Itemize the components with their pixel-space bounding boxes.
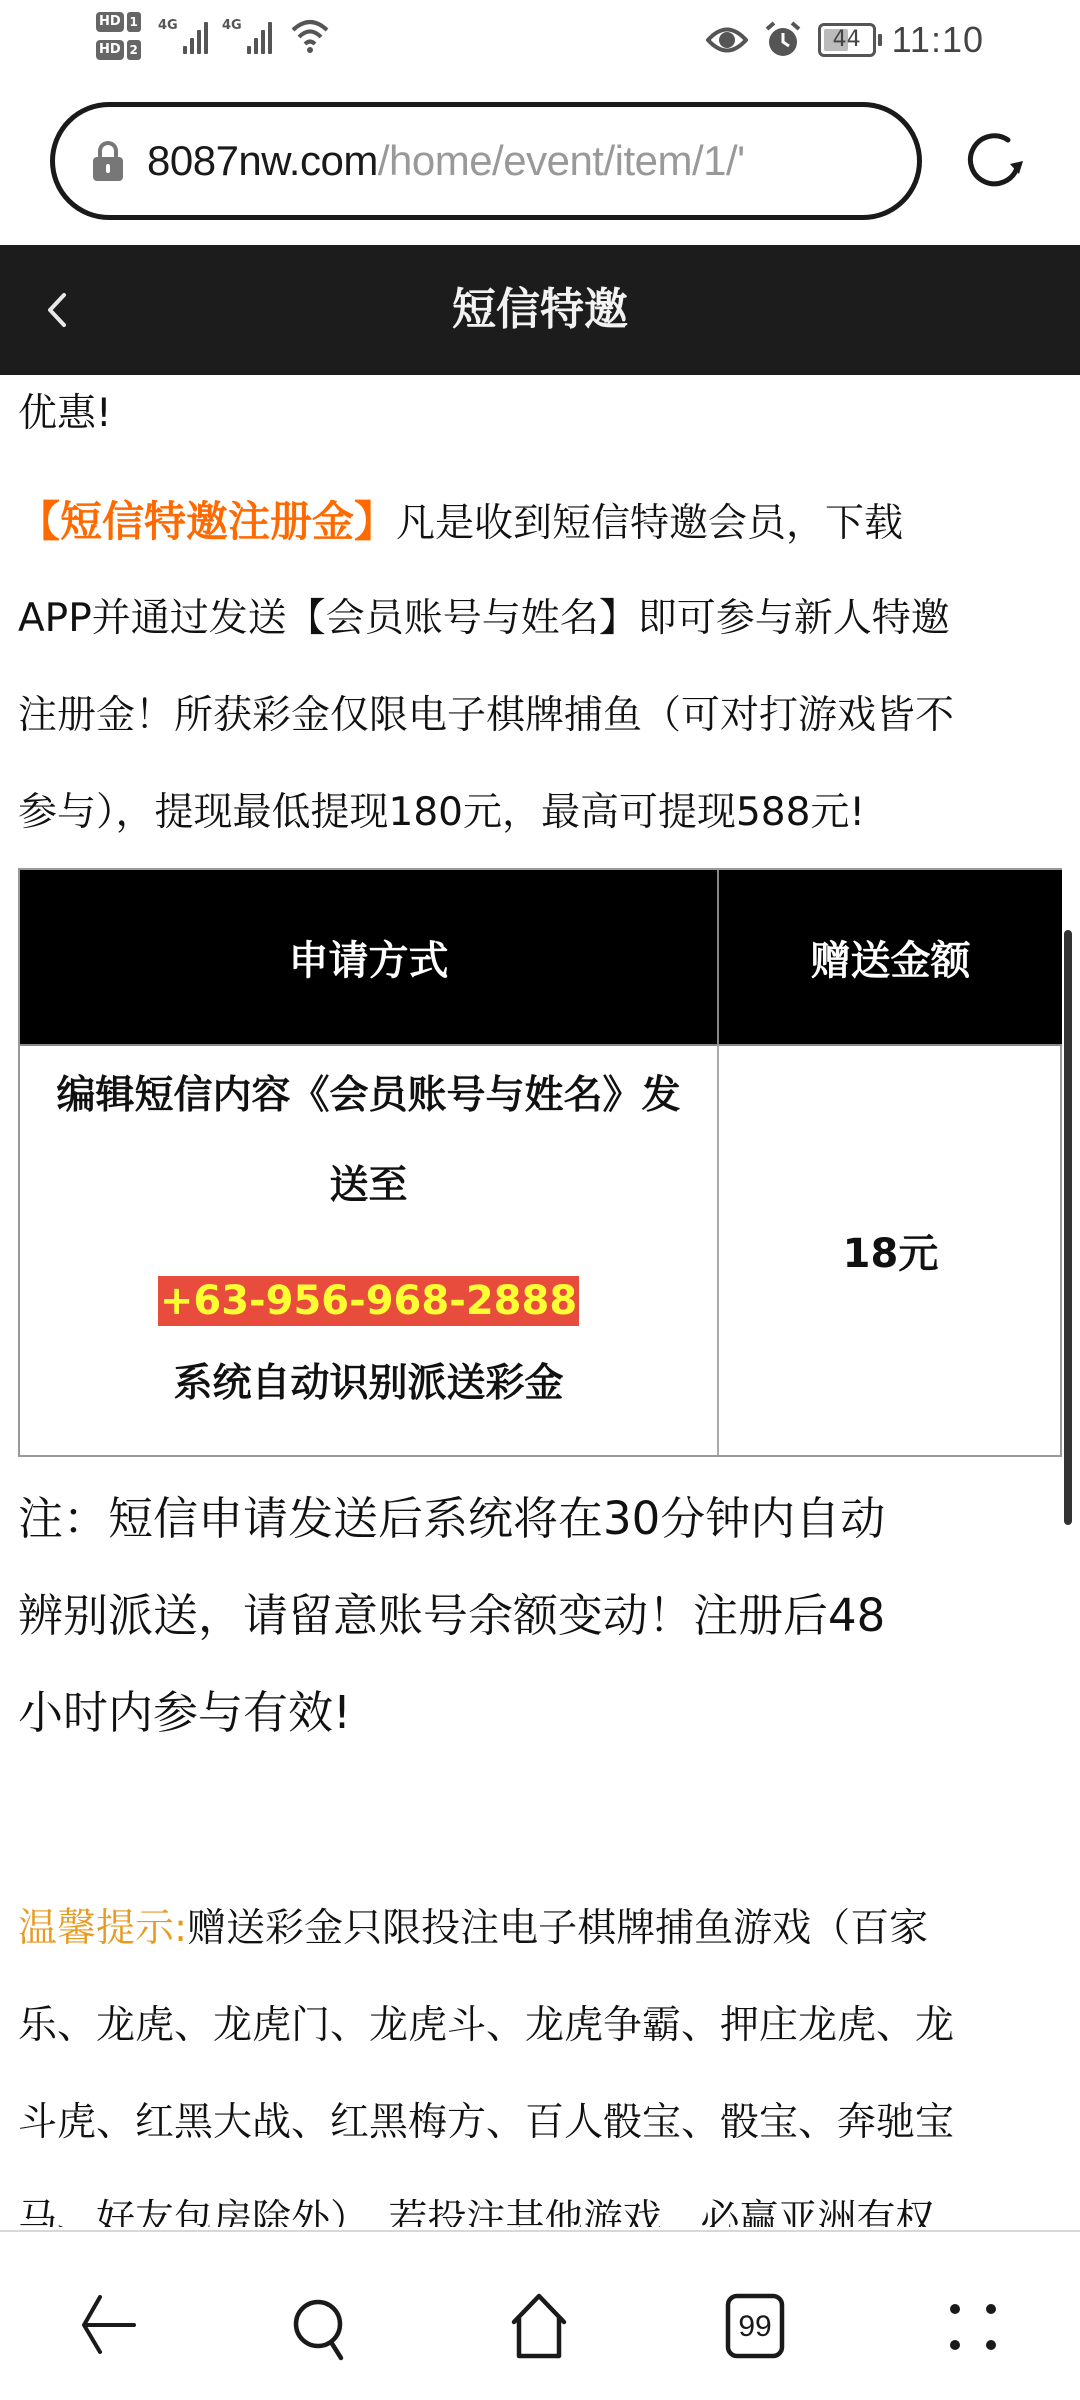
status-bar: HD 1 HD 2 4G 4G 44 11:1 [0,0,1080,80]
table-cell-amount: 18元 [719,1044,1062,1455]
section-line: 注册金！所获彩金仅限电子棋牌捕鱼（可对打游戏皆不 [18,667,1062,764]
tip-line: 马、好友包房除外），若投注其他游戏，必赢亚洲有权 [18,2171,1062,2227]
table-header-method: 申请方式 [20,870,719,1044]
article-content: 优惠! 【短信特邀注册金】凡是收到短信特邀会员，下载 APP并通过发送【会员账号… [0,375,1080,2227]
lock-icon[interactable] [91,141,125,181]
nav-back-button[interactable] [62,2282,152,2372]
url-path: /home/event/item/1/' [378,137,745,184]
nav-home-button[interactable] [494,2282,584,2372]
table-cell-method: 编辑短信内容《会员账号与姓名》发 送至 +63-956-968-2888 系统自… [20,1044,719,1455]
section-title: 【短信特邀注册金】 [18,497,396,546]
sim-1-badge: 1 [127,12,141,32]
page-header: 短信特邀 [0,245,1080,375]
tip-line: 乐、龙虎、龙虎门、龙虎斗、龙虎争霸、押庄龙虎、龙 [18,1977,1062,2074]
reload-icon[interactable] [962,128,1028,194]
tip-paragraph: 温馨提示:赠送彩金只限投注电子棋牌捕鱼游戏（百家 [18,1880,1062,1977]
bottom-nav: 99 [0,2230,1080,2400]
eye-icon [706,23,748,57]
signal-icon: 4G [222,18,272,54]
battery-icon: 44 [818,23,876,57]
intro-tail: 优惠! [18,375,1062,462]
note-line: 小时内参与有效! [18,1664,1062,1761]
section-line: APP并通过发送【会员账号与姓名】即可参与新人特邀 [18,570,1062,667]
status-right: 44 11:10 [706,14,984,66]
alarm-icon [764,20,802,60]
url-text[interactable]: 8087nw.com/home/event/item/1/' [147,137,745,185]
phone-number[interactable]: +63-956-968-2888 [158,1276,579,1326]
sim-2-badge: 2 [127,40,141,60]
url-host: 8087nw.com [147,137,378,184]
home-icon [504,2292,574,2362]
note-line: 注：短信申请发送后系统将在30分钟内自动 [18,1470,1062,1567]
section-paragraph: 【短信特邀注册金】凡是收到短信特邀会员，下载 [18,473,1062,572]
clock: 11:10 [892,19,984,61]
search-icon [286,2292,356,2362]
url-bar[interactable]: 8087nw.com/home/event/item/1/' [50,102,922,220]
nav-search-button[interactable] [276,2282,366,2372]
tabs-count: 99 [738,2310,771,2344]
signal-icon: 4G [158,18,208,54]
nav-tabs-button[interactable]: 99 [710,2282,800,2372]
hd-icon: HD [96,40,124,60]
menu-dots-icon [938,2292,1008,2362]
offer-table: 申请方式 赠送金额 编辑短信内容《会员账号与姓名》发 送至 +63-956-96… [18,868,1062,1457]
sim-indicators: HD 1 HD 2 [96,10,148,66]
note-line: 辨别派送，请留意账号余额变动！注册后48 [18,1567,1062,1664]
scrollbar[interactable] [1064,930,1072,1525]
wifi-icon [290,16,330,56]
arrow-left-icon [72,2292,142,2362]
tip-line: 斗虎、红黑大战、红黑梅方、百人骰宝、骰宝、奔驰宝 [18,2074,1062,2171]
nav-menu-button[interactable] [928,2282,1018,2372]
table-header-amount: 赠送金额 [719,870,1062,1044]
hd-icon: HD [96,12,124,32]
section-line: 参与），提现最低提现180元，最高可提现588元! [18,764,1062,861]
page-title: 短信特邀 [0,245,1080,375]
tip-label: 温馨提示: [18,1906,187,1951]
